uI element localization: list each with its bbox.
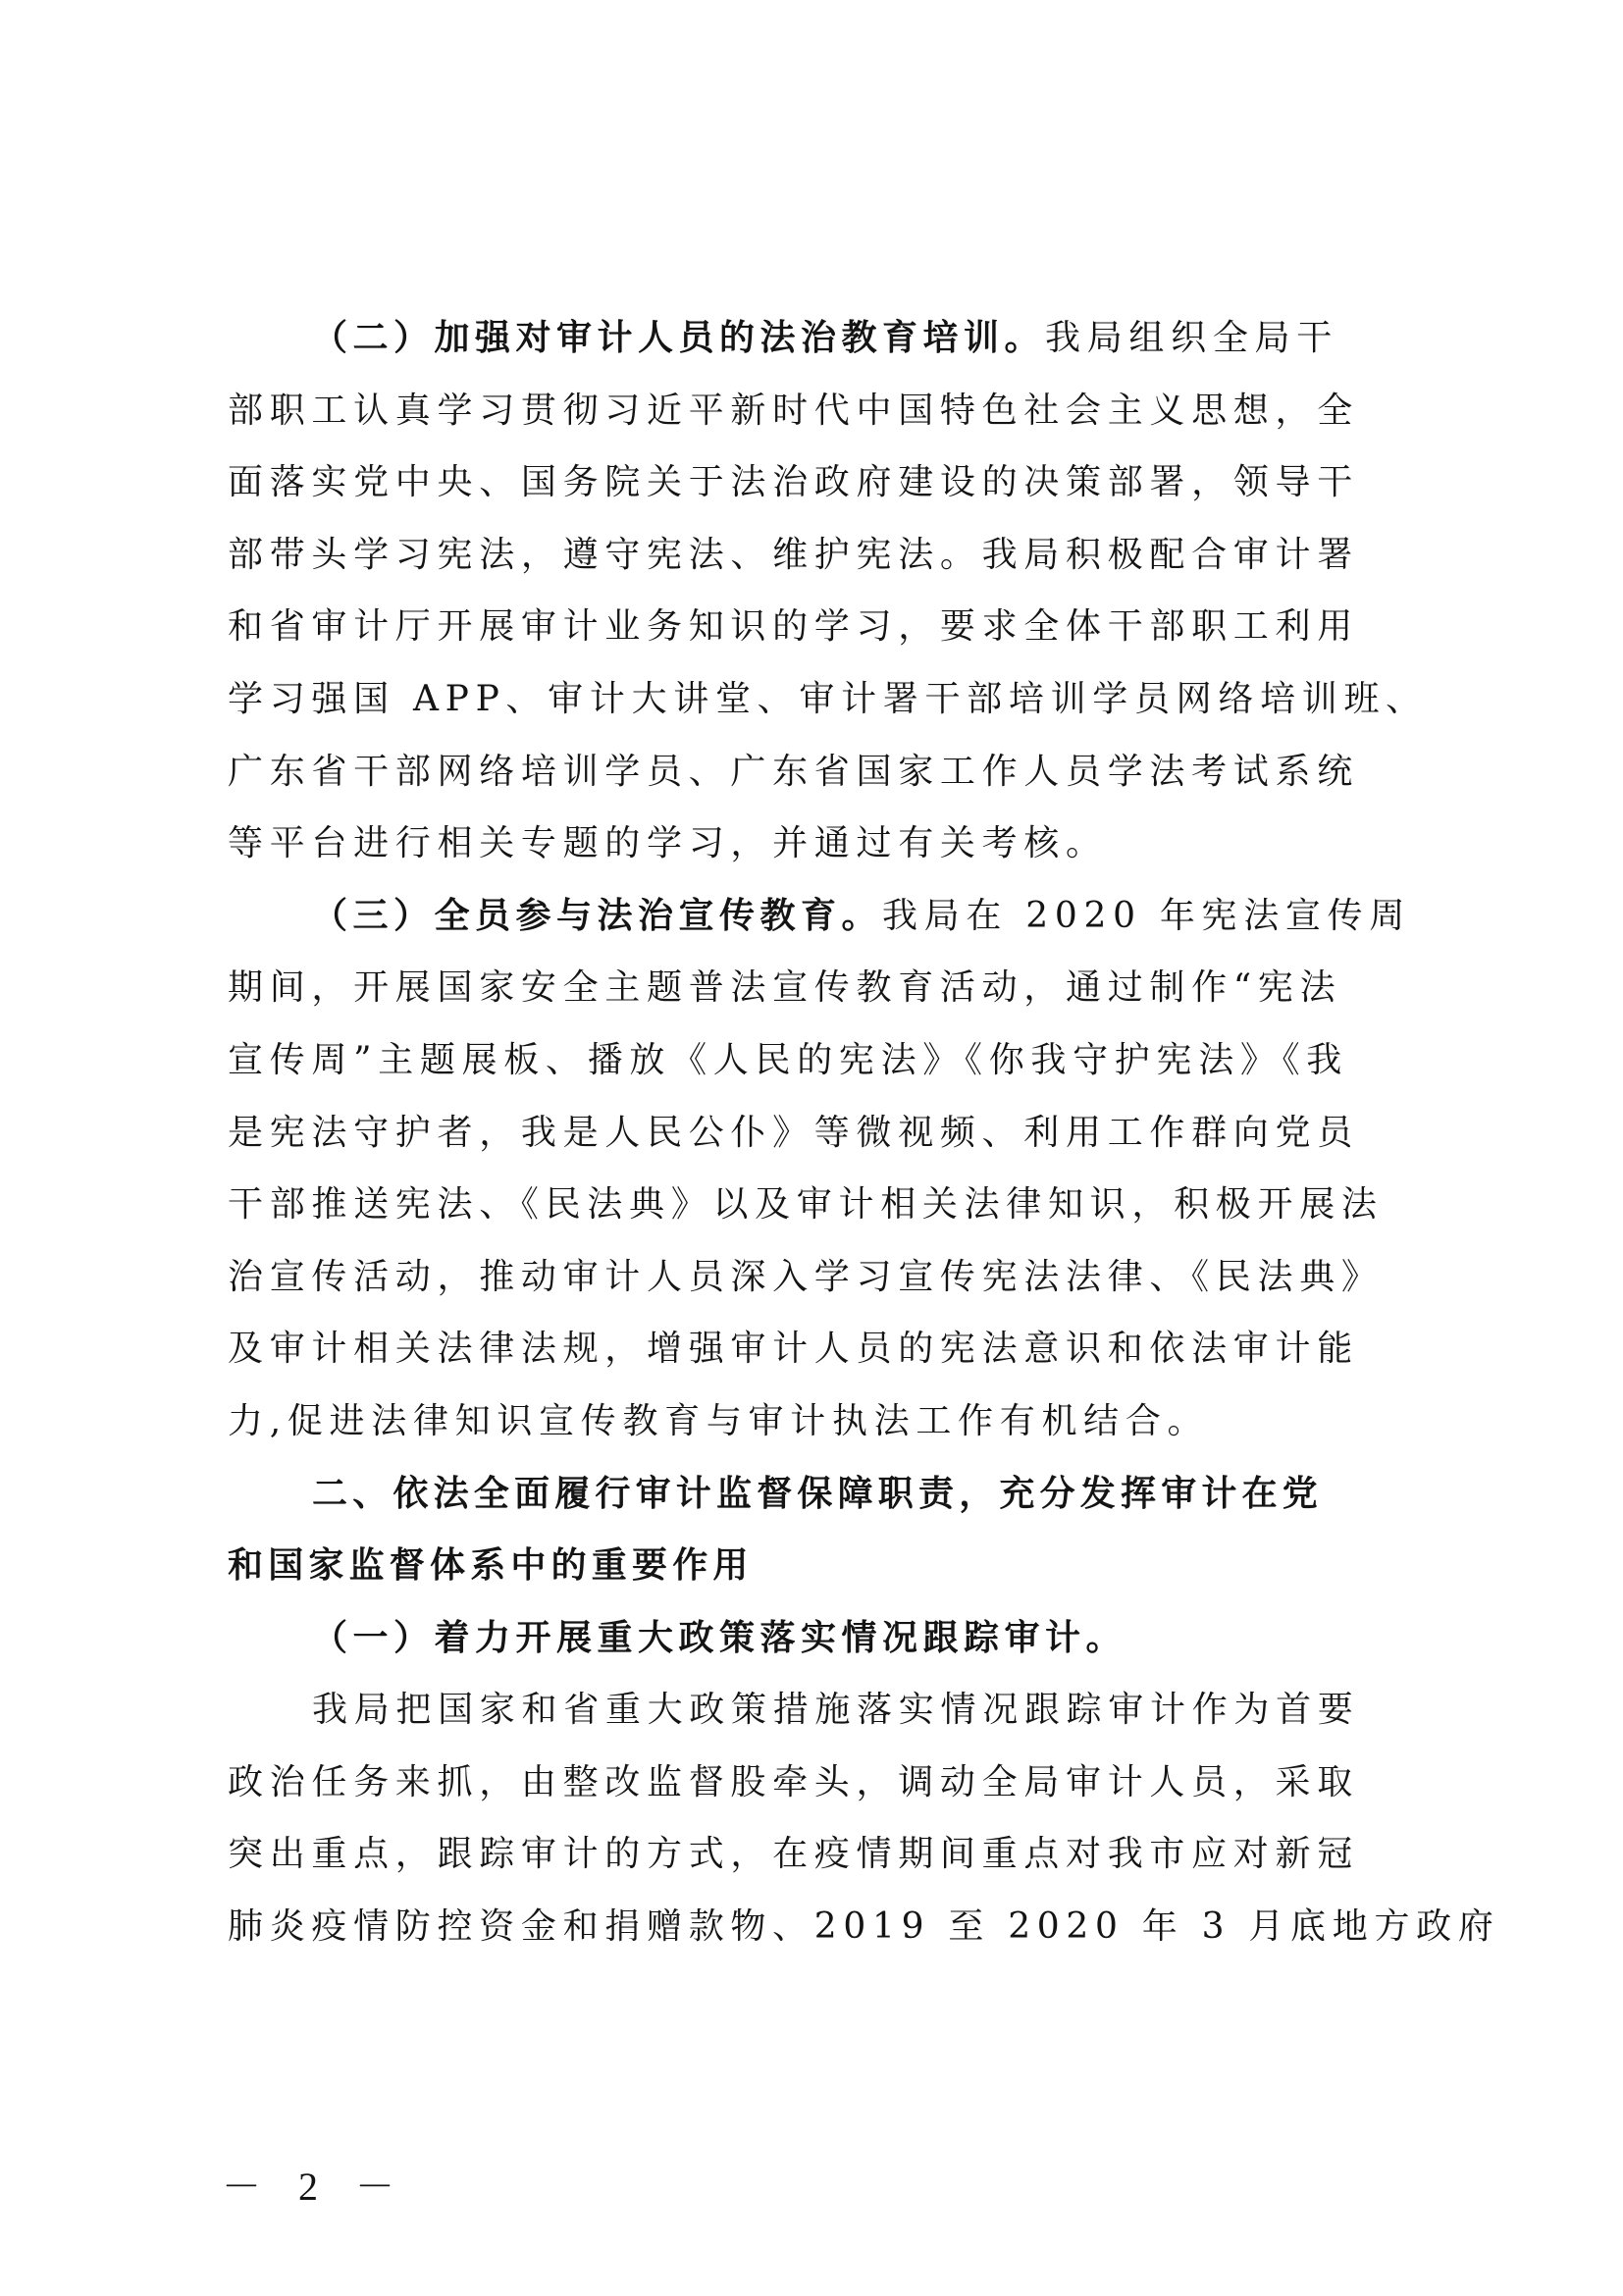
paragraph-line: 宣传周”主题展板、播放《人民的宪法》《你我守护宪法》《我 bbox=[228, 1024, 1405, 1097]
paragraph-line: 及审计相关法律法规，增强审计人员的宪法意识和依法审计能 bbox=[228, 1313, 1405, 1385]
section-heading: （三）全员参与法治宣传教育。 bbox=[312, 896, 882, 936]
paragraph-line: 突出重点，跟踪审计的方式，在疫情期间重点对我市应对新冠 bbox=[228, 1818, 1405, 1891]
paragraph-line: 广东省干部网络培训学员、广东省国家工作人员学法考试系统 bbox=[228, 736, 1405, 809]
paragraph-line: 面落实党中央、国务院关于法治政府建设的决策部署，领导干 bbox=[228, 446, 1405, 519]
chapter-heading-line: 二、依法全面履行审计监督保障职责，充分发挥审计在党 bbox=[228, 1458, 1405, 1531]
paragraph-line: 等平台进行相关专题的学习，并通过有关考核。 bbox=[228, 808, 1405, 880]
paragraph-line: 是宪法守护者，我是人民公仆》等微视频、利用工作群向党员 bbox=[228, 1097, 1405, 1170]
section-legal-publicity: （三）全员参与法治宣传教育。我局在 2020 年宪法宣传周 期间，开展国家安全主… bbox=[228, 880, 1405, 1458]
paragraph-line: 期间，开展国家安全主题普法宣传教育活动，通过制作“宪法 bbox=[228, 952, 1405, 1024]
chapter-heading-line: 和国家监督体系中的重要作用 bbox=[228, 1530, 1405, 1602]
document-page: （二）加强对审计人员的法治教育培训。我局组织全局干 部职工认真学习贯彻习近平新时… bbox=[0, 0, 1623, 2296]
section-heading: （一）着力开展重大政策落实情况跟踪审计。 bbox=[312, 1618, 1126, 1658]
section-policy-tracking-audit: （一）着力开展重大政策落实情况跟踪审计。 我局把国家和省重大政策措施落实情况跟踪… bbox=[228, 1602, 1405, 1963]
paragraph-line: 肺炎疫情防控资金和捐赠款物、2019 至 2020 年 3 月底地方政府 bbox=[228, 1891, 1405, 1963]
paragraph-line: 干部推送宪法、《民法典》以及审计相关法律知识，积极开展法 bbox=[228, 1169, 1405, 1241]
document-body: （二）加强对审计人员的法治教育培训。我局组织全局干 部职工认真学习贯彻习近平新时… bbox=[228, 302, 1405, 1963]
paragraph-line: 和省审计厅开展审计业务知识的学习，要求全体干部职工利用 bbox=[228, 591, 1405, 663]
paragraph-line: 学习强国 APP、审计大讲堂、审计署干部培训学员网络培训班、 bbox=[228, 663, 1405, 736]
paragraph-line: （一）着力开展重大政策落实情况跟踪审计。 bbox=[228, 1602, 1405, 1675]
paragraph-line: 政治任务来抓，由整改监督股牵头，调动全局审计人员，采取 bbox=[228, 1747, 1405, 1819]
section-heading: （二）加强对审计人员的法治教育培训。 bbox=[312, 318, 1045, 358]
paragraph-line: （三）全员参与法治宣传教育。我局在 2020 年宪法宣传周 bbox=[228, 880, 1405, 953]
paragraph-line: 部职工认真学习贯彻习近平新时代中国特色社会主义思想，全 bbox=[228, 375, 1405, 447]
section-legal-education-training: （二）加强对审计人员的法治教育培训。我局组织全局干 部职工认真学习贯彻习近平新时… bbox=[228, 302, 1405, 880]
paragraph-line: 力,促进法律知识宣传教育与审计执法工作有机结合。 bbox=[228, 1385, 1405, 1458]
chapter-heading-audit-supervision: 二、依法全面履行审计监督保障职责，充分发挥审计在党 和国家监督体系中的重要作用 bbox=[228, 1458, 1405, 1602]
page-number: － 2 － bbox=[222, 2164, 408, 2211]
paragraph-line: 治宣传活动，推动审计人员深入学习宣传宪法法律、《民法典》 bbox=[228, 1241, 1405, 1314]
paragraph-line: （二）加强对审计人员的法治教育培训。我局组织全局干 bbox=[228, 302, 1405, 375]
paragraph-line: 我局把国家和省重大政策措施落实情况跟踪审计作为首要 bbox=[228, 1674, 1405, 1747]
paragraph-line: 部带头学习宪法，遵守宪法、维护宪法。我局积极配合审计署 bbox=[228, 519, 1405, 592]
